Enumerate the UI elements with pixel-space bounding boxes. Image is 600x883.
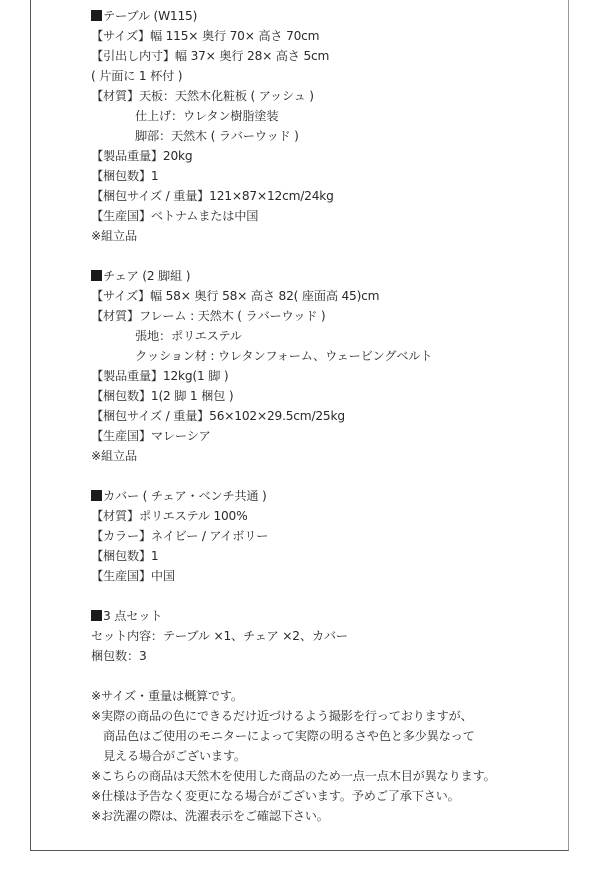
spec-line: 張地：ポリエステル: [91, 326, 591, 346]
spacer: [91, 246, 591, 266]
black-square-icon: [91, 610, 102, 621]
spacer: [91, 586, 591, 606]
spec-line: 【梱包数】1(2 脚 1 梱包 ): [91, 386, 591, 406]
spec-line: 【サイズ】幅 58× 奥行 58× 高さ 82( 座面高 45)cm: [91, 286, 591, 306]
section-title-text: 3 点セット: [103, 609, 162, 623]
spec-line: 【サイズ】幅 115× 奥行 70× 高さ 70cm: [91, 26, 591, 46]
note-line: ※仕様は予告なく変更になる場合がございます。予めご了承下さい。: [91, 786, 591, 806]
section-title: カバー ( チェア・ベンチ共通 ): [91, 486, 591, 506]
spec-line: 仕上げ：ウレタン樹脂塗装: [91, 106, 591, 126]
section-title: テーブル (W115): [91, 6, 591, 26]
spacer: [91, 466, 591, 486]
spec-line: クッション材 : ウレタンフォーム、ウェービングベルト: [91, 346, 591, 366]
spec-line: 【製品重量】20kg: [91, 146, 591, 166]
spec-line: 【生産国】中国: [91, 566, 591, 586]
black-square-icon: [91, 490, 102, 501]
section-title-text: チェア (2 脚組 ): [103, 269, 190, 283]
note-line: ※お洗濯の際は、洗濯表示をご確認下さい。: [91, 806, 591, 826]
spec-line: 【材質】フレーム : 天然木 ( ラバーウッド ): [91, 306, 591, 326]
note-line: 見える場合がございます。: [91, 746, 591, 766]
spec-line: ※組立品: [91, 446, 591, 466]
note-line: ※実際の商品の色にできるだけ近づけるよう撮影を行っておりますが、: [91, 706, 591, 726]
spec-line: 【生産国】マレーシア: [91, 426, 591, 446]
spec-line: 【梱包サイズ / 重量】56×102×29.5cm/25kg: [91, 406, 591, 426]
black-square-icon: [91, 10, 102, 21]
spec-content: テーブル (W115) 【サイズ】幅 115× 奥行 70× 高さ 70cm 【…: [91, 6, 591, 826]
spec-line: セット内容：テーブル ×1、チェア ×2、カバー: [91, 626, 591, 646]
note-line: ※サイズ・重量は概算です。: [91, 686, 591, 706]
section-title: チェア (2 脚組 ): [91, 266, 591, 286]
spec-line: 【材質】ポリエステル 100%: [91, 506, 591, 526]
note-line: ※こちらの商品は天然木を使用した商品のため一点一点木目が異なります。: [91, 766, 591, 786]
section-cover: カバー ( チェア・ベンチ共通 ) 【材質】ポリエステル 100% 【カラー】ネ…: [91, 486, 591, 586]
spec-line: 【生産国】ベトナムまたは中国: [91, 206, 591, 226]
spec-box: テーブル (W115) 【サイズ】幅 115× 奥行 70× 高さ 70cm 【…: [30, 0, 569, 851]
spec-line: 【製品重量】12kg(1 脚 ): [91, 366, 591, 386]
section-chair: チェア (2 脚組 ) 【サイズ】幅 58× 奥行 58× 高さ 82( 座面高…: [91, 266, 591, 466]
section-title-text: テーブル (W115): [103, 9, 197, 23]
spacer: [91, 666, 591, 686]
spec-line: 【カラー】ネイビー / アイボリー: [91, 526, 591, 546]
spec-line: 【梱包サイズ / 重量】121×87×12cm/24kg: [91, 186, 591, 206]
section-title-text: カバー ( チェア・ベンチ共通 ): [103, 489, 267, 503]
spec-line: 脚部：天然木 ( ラバーウッド ): [91, 126, 591, 146]
spec-line: 【材質】天板：天然木化粧板 ( アッシュ ): [91, 86, 591, 106]
spec-line: 【梱包数】1: [91, 546, 591, 566]
black-square-icon: [91, 270, 102, 281]
section-table: テーブル (W115) 【サイズ】幅 115× 奥行 70× 高さ 70cm 【…: [91, 6, 591, 246]
spec-line: 【引出し内寸】幅 37× 奥行 28× 高さ 5cm: [91, 46, 591, 66]
section-title: 3 点セット: [91, 606, 591, 626]
section-set: 3 点セット セット内容：テーブル ×1、チェア ×2、カバー 梱包数：3: [91, 606, 591, 666]
spec-line: ( 片面に 1 杯付 ): [91, 66, 591, 86]
spec-line: ※組立品: [91, 226, 591, 246]
spec-line: 【梱包数】1: [91, 166, 591, 186]
spec-line: 梱包数：3: [91, 646, 591, 666]
notes: ※サイズ・重量は概算です。 ※実際の商品の色にできるだけ近づけるよう撮影を行って…: [91, 686, 591, 826]
note-line: 商品色はご使用のモニターによって実際の明るさや色と多少異なって: [91, 726, 591, 746]
